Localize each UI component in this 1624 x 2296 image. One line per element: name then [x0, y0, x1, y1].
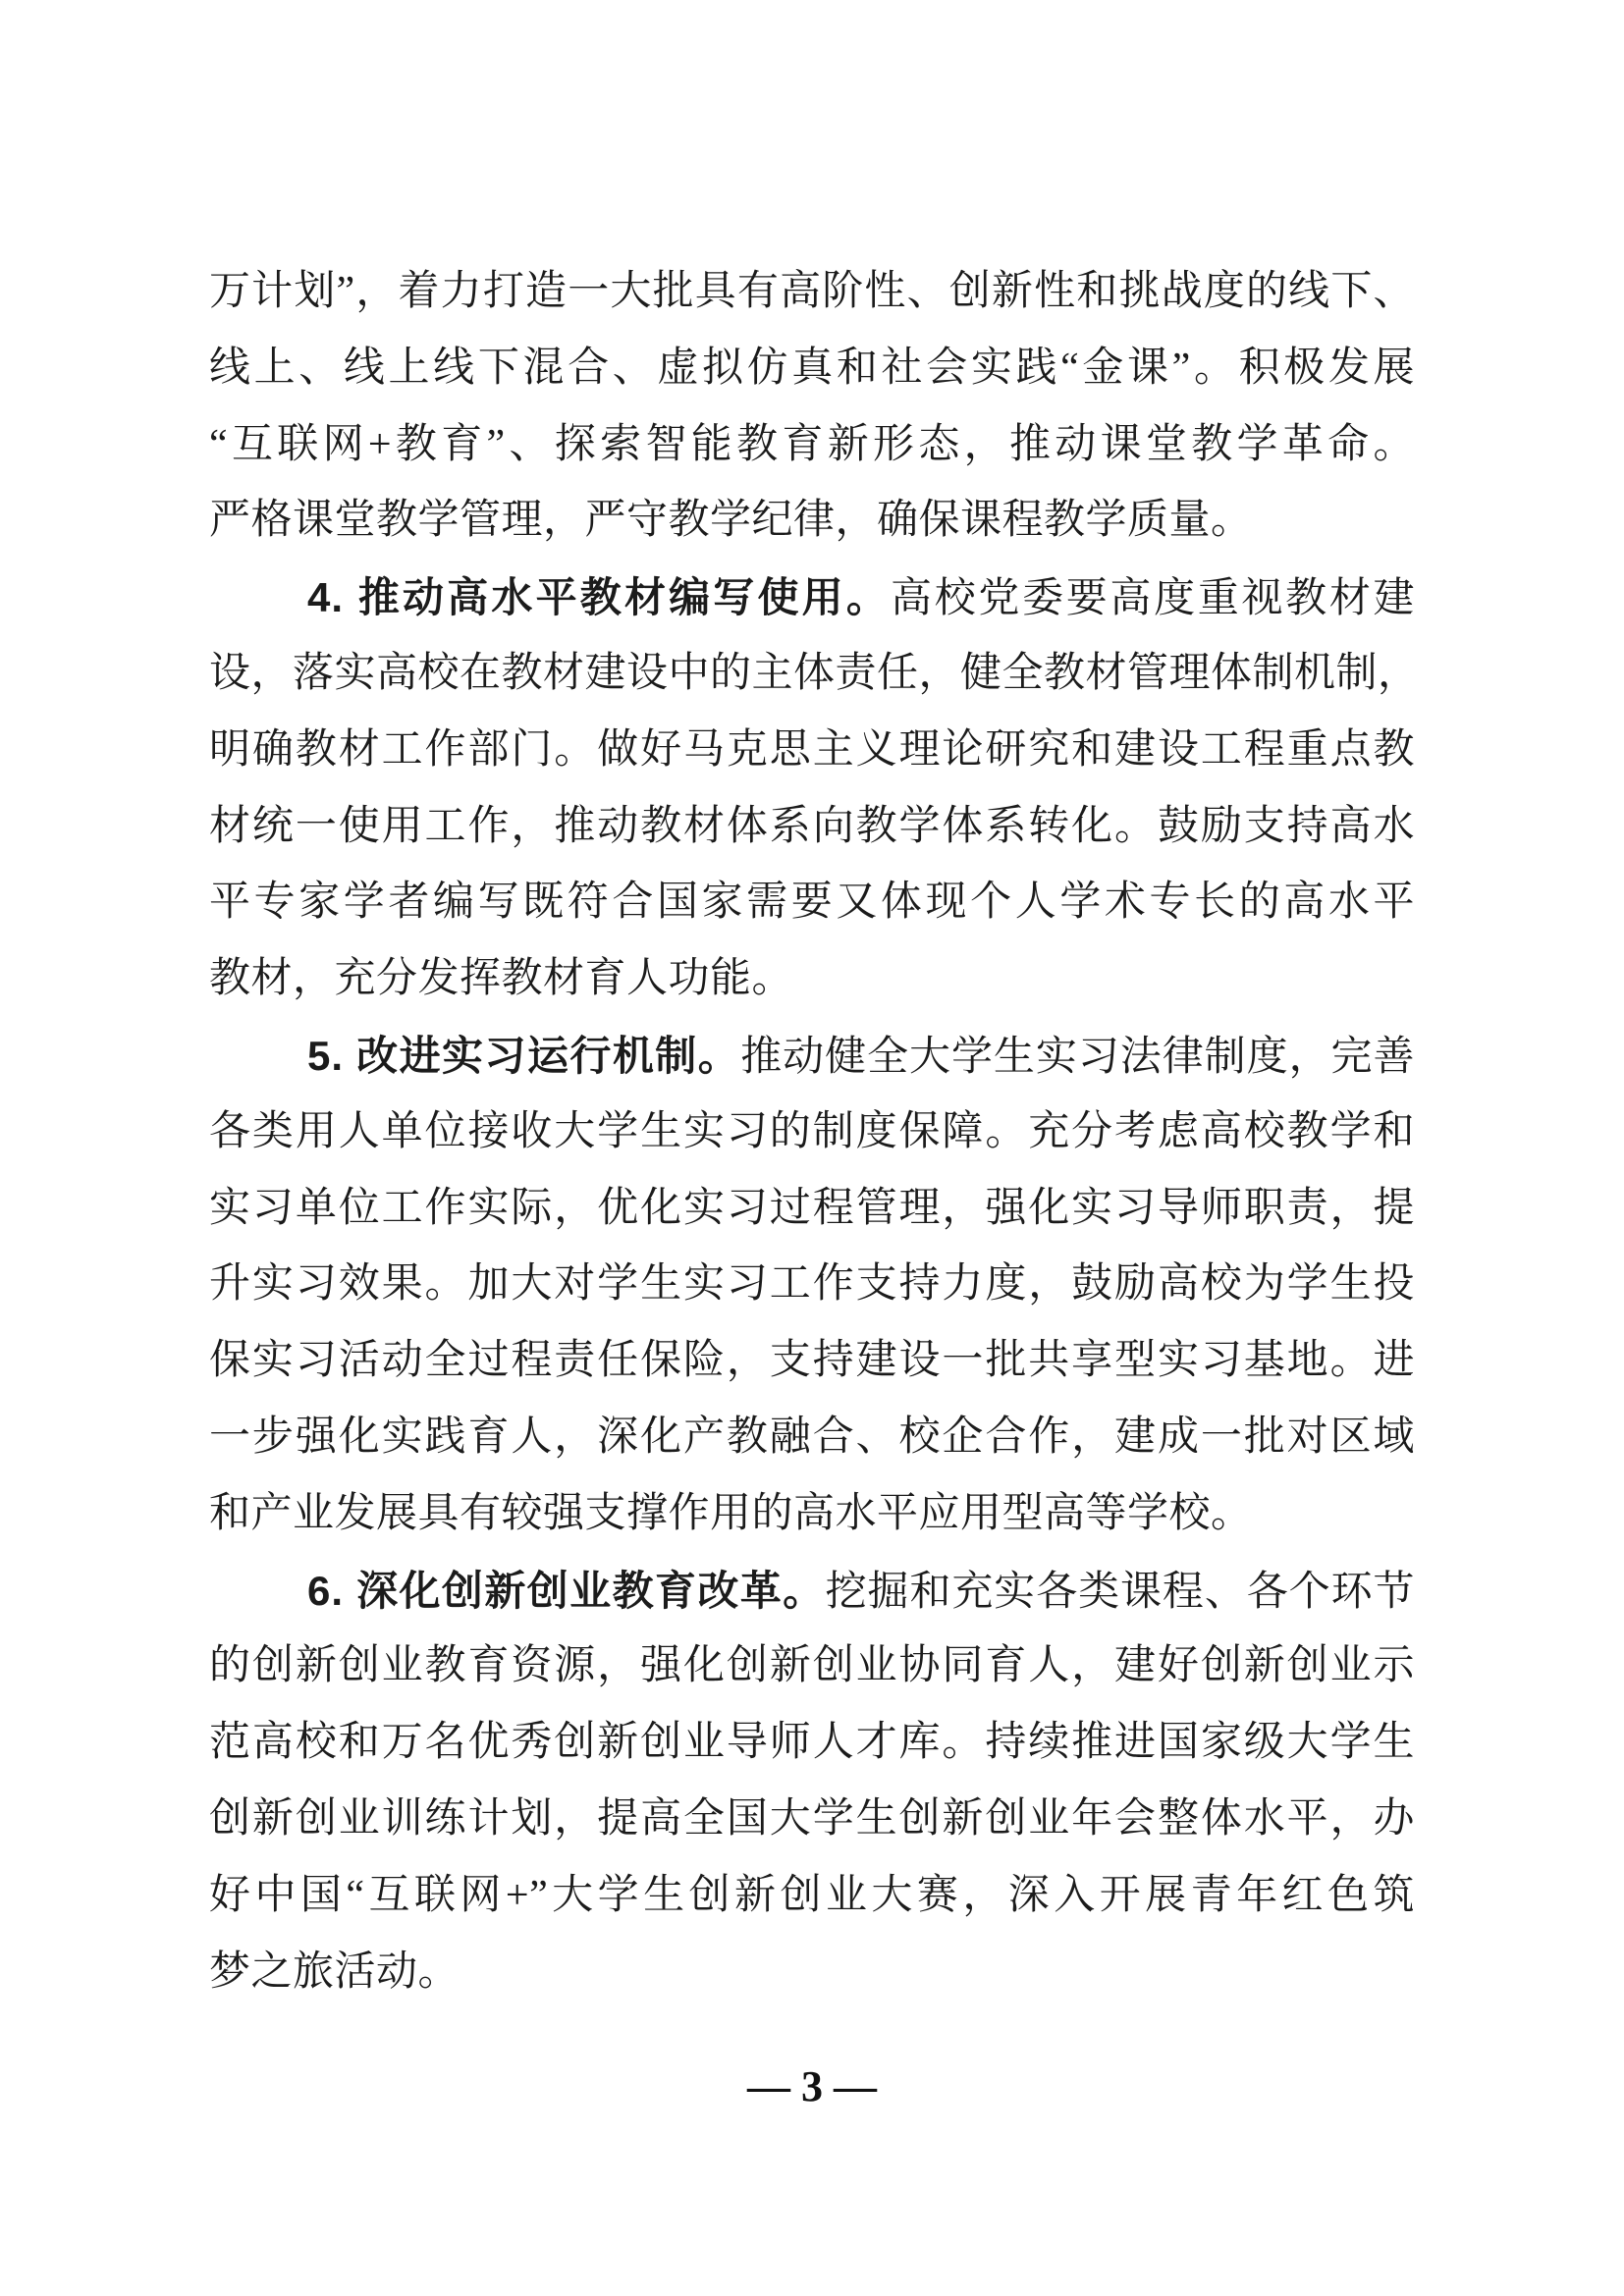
text-line: 教材，充分发挥教材育人功能。 [209, 941, 1415, 1018]
paragraph-continuation: 万计划”，着力打造一大批具有高阶性、创新性和挑战度的线下、 线上、线上线下混合、… [209, 254, 1415, 560]
text-line: 好中国“互联网+”大学生创新创业大赛，深入开展青年红色筑 [209, 1858, 1415, 1935]
text-line: 升实习效果。加大对学生实习工作支持力度，鼓励高校为学生投 [209, 1247, 1415, 1323]
text-line: 创新创业训练计划，提高全国大学生创新创业年会整体水平，办 [209, 1782, 1415, 1858]
text-line: 梦之旅活动。 [209, 1935, 1415, 2011]
text-line: 各类用人单位接收大学生实习的制度保障。充分考虑高校教学和 [209, 1095, 1415, 1171]
section-4-first-text: 高校党委要高度重视教材建 [891, 576, 1415, 621]
section-5-heading: 5. 改进实习运行机制。 [307, 1033, 740, 1079]
section-4-heading: 4. 推动高水平教材编写使用。 [307, 574, 891, 620]
section-5-first-text: 推动健全大学生实习法律制度，完善 [740, 1035, 1415, 1080]
text-line: “互联网+教育”、探索智能教育新形态，推动课堂教学革命。 [209, 407, 1415, 484]
paragraph-item-4: 4. 推动高水平教材编写使用。高校党委要高度重视教材建 设，落实高校在教材建设中… [209, 560, 1415, 1018]
text-line: 5. 改进实习运行机制。推动健全大学生实习法律制度，完善 [209, 1018, 1415, 1095]
text-line: 平专家学者编写既符合国家需要又体现个人学术专长的高水平 [209, 865, 1415, 941]
section-6-heading: 6. 深化创新创业教育改革。 [307, 1568, 826, 1614]
text-line: 实习单位工作实际，优化实习过程管理，强化实习导师职责，提 [209, 1171, 1415, 1248]
document-body: 万计划”，着力打造一大批具有高阶性、创新性和挑战度的线下、 线上、线上线下混合、… [209, 254, 1415, 2010]
text-line: 和产业发展具有较强支撑作用的高水平应用型高等学校。 [209, 1476, 1415, 1553]
page-number: — 3 — [0, 2057, 1624, 2116]
section-6-first-text: 挖掘和充实各类课程、各个环节 [826, 1570, 1415, 1615]
text-line: 6. 深化创新创业教育改革。挖掘和充实各类课程、各个环节 [209, 1553, 1415, 1629]
text-line: 保实习活动全过程责任保险，支持建设一批共享型实习基地。进 [209, 1323, 1415, 1400]
text-line: 明确教材工作部门。做好马克思主义理论研究和建设工程重点教 [209, 713, 1415, 789]
text-line: 线上、线上线下混合、虚拟仿真和社会实践“金课”。积极发展 [209, 331, 1415, 407]
paragraph-item-5: 5. 改进实习运行机制。推动健全大学生实习法律制度，完善 各类用人单位接收大学生… [209, 1018, 1415, 1553]
document-page: 万计划”，着力打造一大批具有高阶性、创新性和挑战度的线下、 线上、线上线下混合、… [0, 0, 1624, 2296]
text-line: 一步强化实践育人，深化产教融合、校企合作，建成一批对区域 [209, 1400, 1415, 1476]
text-line: 万计划”，着力打造一大批具有高阶性、创新性和挑战度的线下、 [209, 254, 1415, 331]
text-line: 范高校和万名优秀创新创业导师人才库。持续推进国家级大学生 [209, 1705, 1415, 1782]
text-line: 严格课堂教学管理，严守教学纪律，确保课程教学质量。 [209, 483, 1415, 560]
text-line: 材统一使用工作，推动教材体系向教学体系转化。鼓励支持高水 [209, 789, 1415, 866]
text-line: 4. 推动高水平教材编写使用。高校党委要高度重视教材建 [209, 560, 1415, 636]
text-line: 的创新创业教育资源，强化创新创业协同育人，建好创新创业示 [209, 1629, 1415, 1705]
text-line: 设，落实高校在教材建设中的主体责任，健全教材管理体制机制， [209, 636, 1415, 713]
paragraph-item-6: 6. 深化创新创业教育改革。挖掘和充实各类课程、各个环节 的创新创业教育资源，强… [209, 1553, 1415, 2011]
